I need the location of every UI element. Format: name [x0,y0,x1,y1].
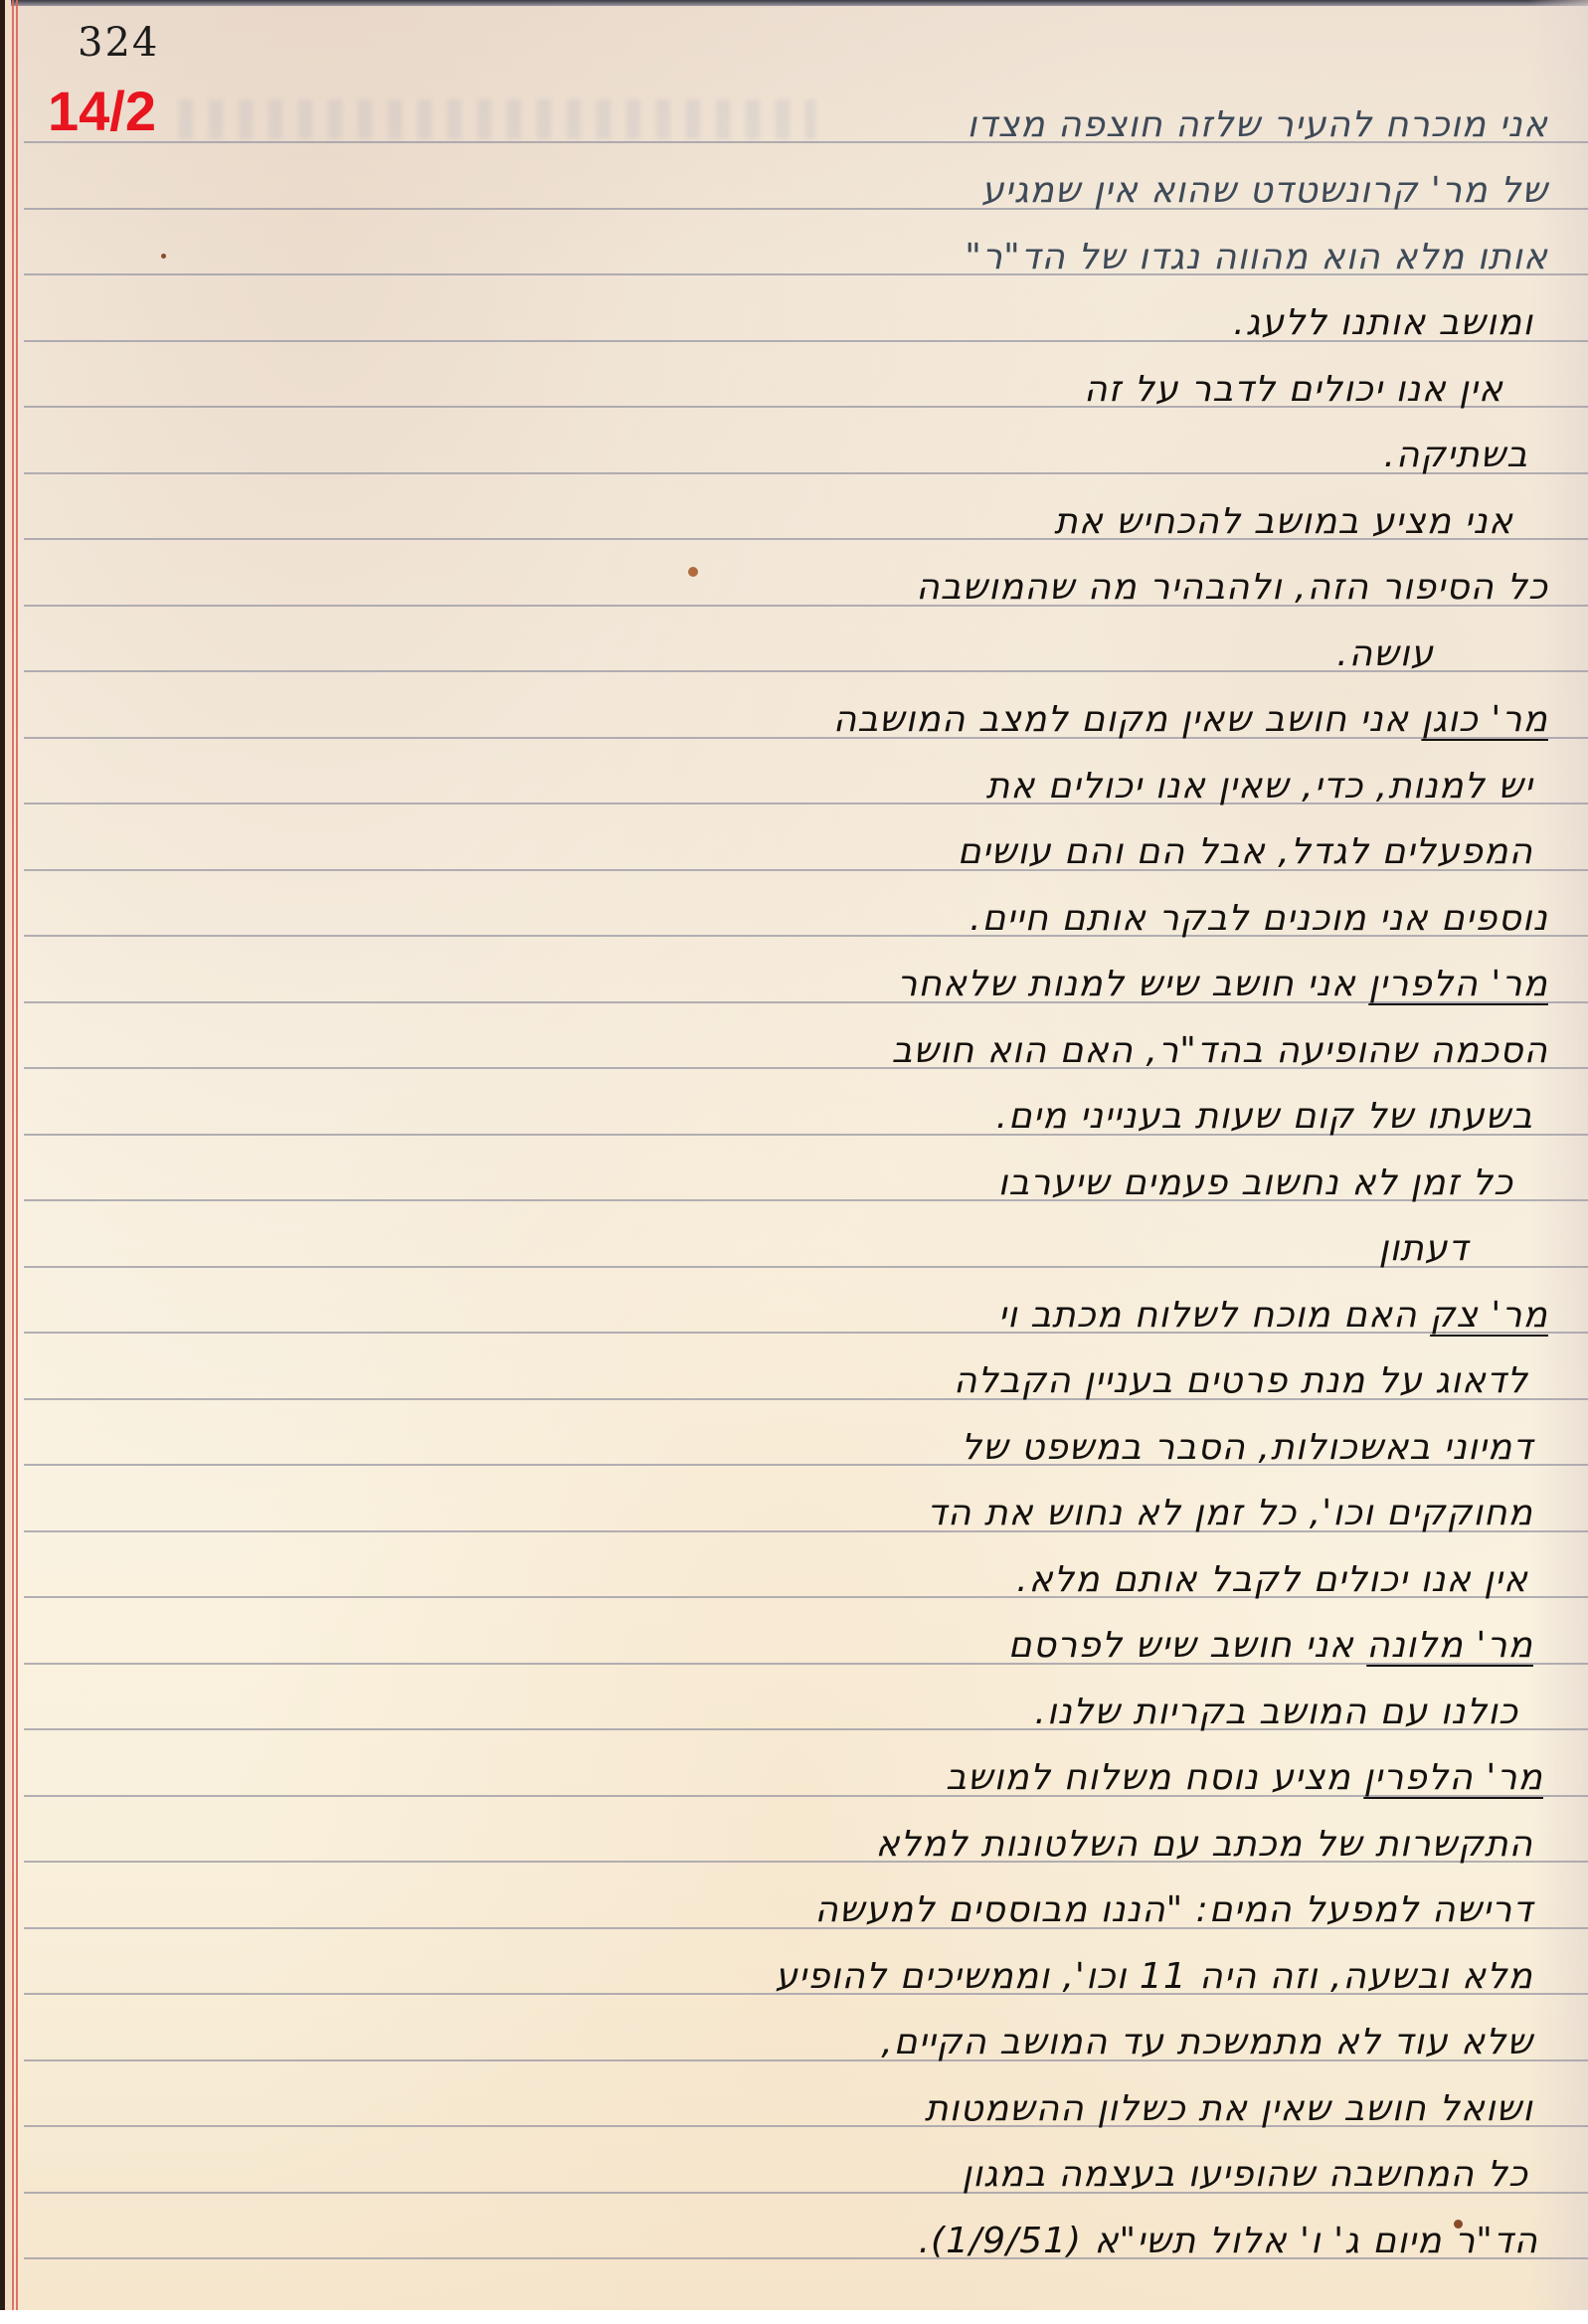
text-line: מר' הלפרין מציע נוסח משלוח למושב [946,1756,1543,1800]
text-line: מר' הלפרין אני חושב שיש למנות שלאחר [897,963,1548,1006]
text-line: כל זמן לא נחשוב פעמים שיערבו [998,1162,1513,1205]
text-line: כל המחשבה שהופיעו בעצמה במגון [962,2153,1528,2197]
speaker-name: מר' צק [1430,1295,1548,1336]
text-line: יש למנות, כדי, שאין אנו יכולים את [986,765,1533,808]
text-line: התקשרות של מכתב עם השלטונות למלא [875,1823,1533,1867]
margin-line-inner [16,0,18,2310]
text-line: בשעתו של קום שעות בענייני מים. [996,1095,1533,1139]
text-line: עושה. [1336,632,1434,676]
text-line: אני מציע במושב להכחיש את [1054,500,1513,544]
text-line: אני מוכרח להעיר שלזה חוצפה מצדו [967,103,1548,147]
speaker-name: מר' הלפרין [1368,964,1548,1004]
notebook-page: 324 14/2 אני מוכרח להעיר שלזה חוצפה מצדו… [0,0,1588,2310]
bleed-through-text [179,99,815,139]
text-line: אותו מלא הוא מהווה נגדו של הד"ר" [965,236,1548,279]
text-line: הד"ר מיום ג' ו' אלול תשי"א (1/9/51). [919,2220,1538,2263]
text-line: מחוקקים וכו', כל זמן לא נחוש את הד [927,1492,1533,1535]
archive-page-number: 324 [78,20,159,66]
text-line: מר' מלונה אני חושב שיש לפרסם [1008,1624,1533,1668]
red-date-stamp: 14/2 [48,84,156,139]
scan-border [0,2310,1588,2324]
binding-gap [5,0,11,2310]
page-right-shadow [1528,0,1588,2310]
text-line: ושואל חושב שאין את כשלון ההשמטות [925,2087,1533,2131]
text-line: ומושב אותנו ללעג. [1233,301,1533,345]
text-line: מר' צק האם מוכח לשלוח מכתב וי [998,1294,1548,1338]
speaker-name: מר' מלונה [1366,1625,1533,1666]
text-line: לדאוג על מנת פרטים בעניין הקבלה [954,1359,1528,1403]
ink-spot [161,254,166,259]
text-line: מלא ובשעה, וזה היה 11 וכו', וממשיכים להו… [775,1955,1533,1999]
text-line: שלא עוד לא מתמשכת עד המושב הקיים, [881,2021,1533,2064]
text-line: כולנו עם המושב בקריות שלנו. [1034,1691,1518,1734]
text-line: נוספים אני מוכנים לבקר אותם חיים. [970,897,1548,941]
ruled-line [24,472,1588,474]
stain-spot [688,567,698,577]
text-line: אין אנו יכולים לקבל אותם מלא. [1016,1558,1528,1602]
ruled-line [24,1266,1588,1268]
speaker-name: מר' הלפרין [1363,1757,1543,1798]
text-line: המפעלים לגדל, אבל הם והם עושים [958,830,1533,874]
margin-line-outer [12,0,14,2310]
page-top-edge [0,0,1588,6]
text-line: מר' כוגן אני חושב שאין מקום למצב המושבה [833,698,1548,742]
text-line: בשתיקה. [1383,434,1528,477]
text-line: אין אנו יכולים לדבר על זה [1084,368,1503,412]
text-line: הסכמה שהופיעה בהד"ר, האם הוא חושב [892,1029,1548,1073]
text-line: כל הסיפור הזה, ולהבהיר מה שהמושבה [916,566,1548,610]
text-line: דעתון [1379,1227,1469,1271]
speaker-name: מר' כוגן [1421,699,1548,740]
text-line: של מר' קרונשטדט שהוא אין שמגיע [981,169,1548,213]
text-line: דמיוני באשכולות, הסבר במשפט של [962,1426,1533,1470]
text-line: דרישה למפעל המים: "הננו מבוססים למעשה [814,1888,1533,1932]
